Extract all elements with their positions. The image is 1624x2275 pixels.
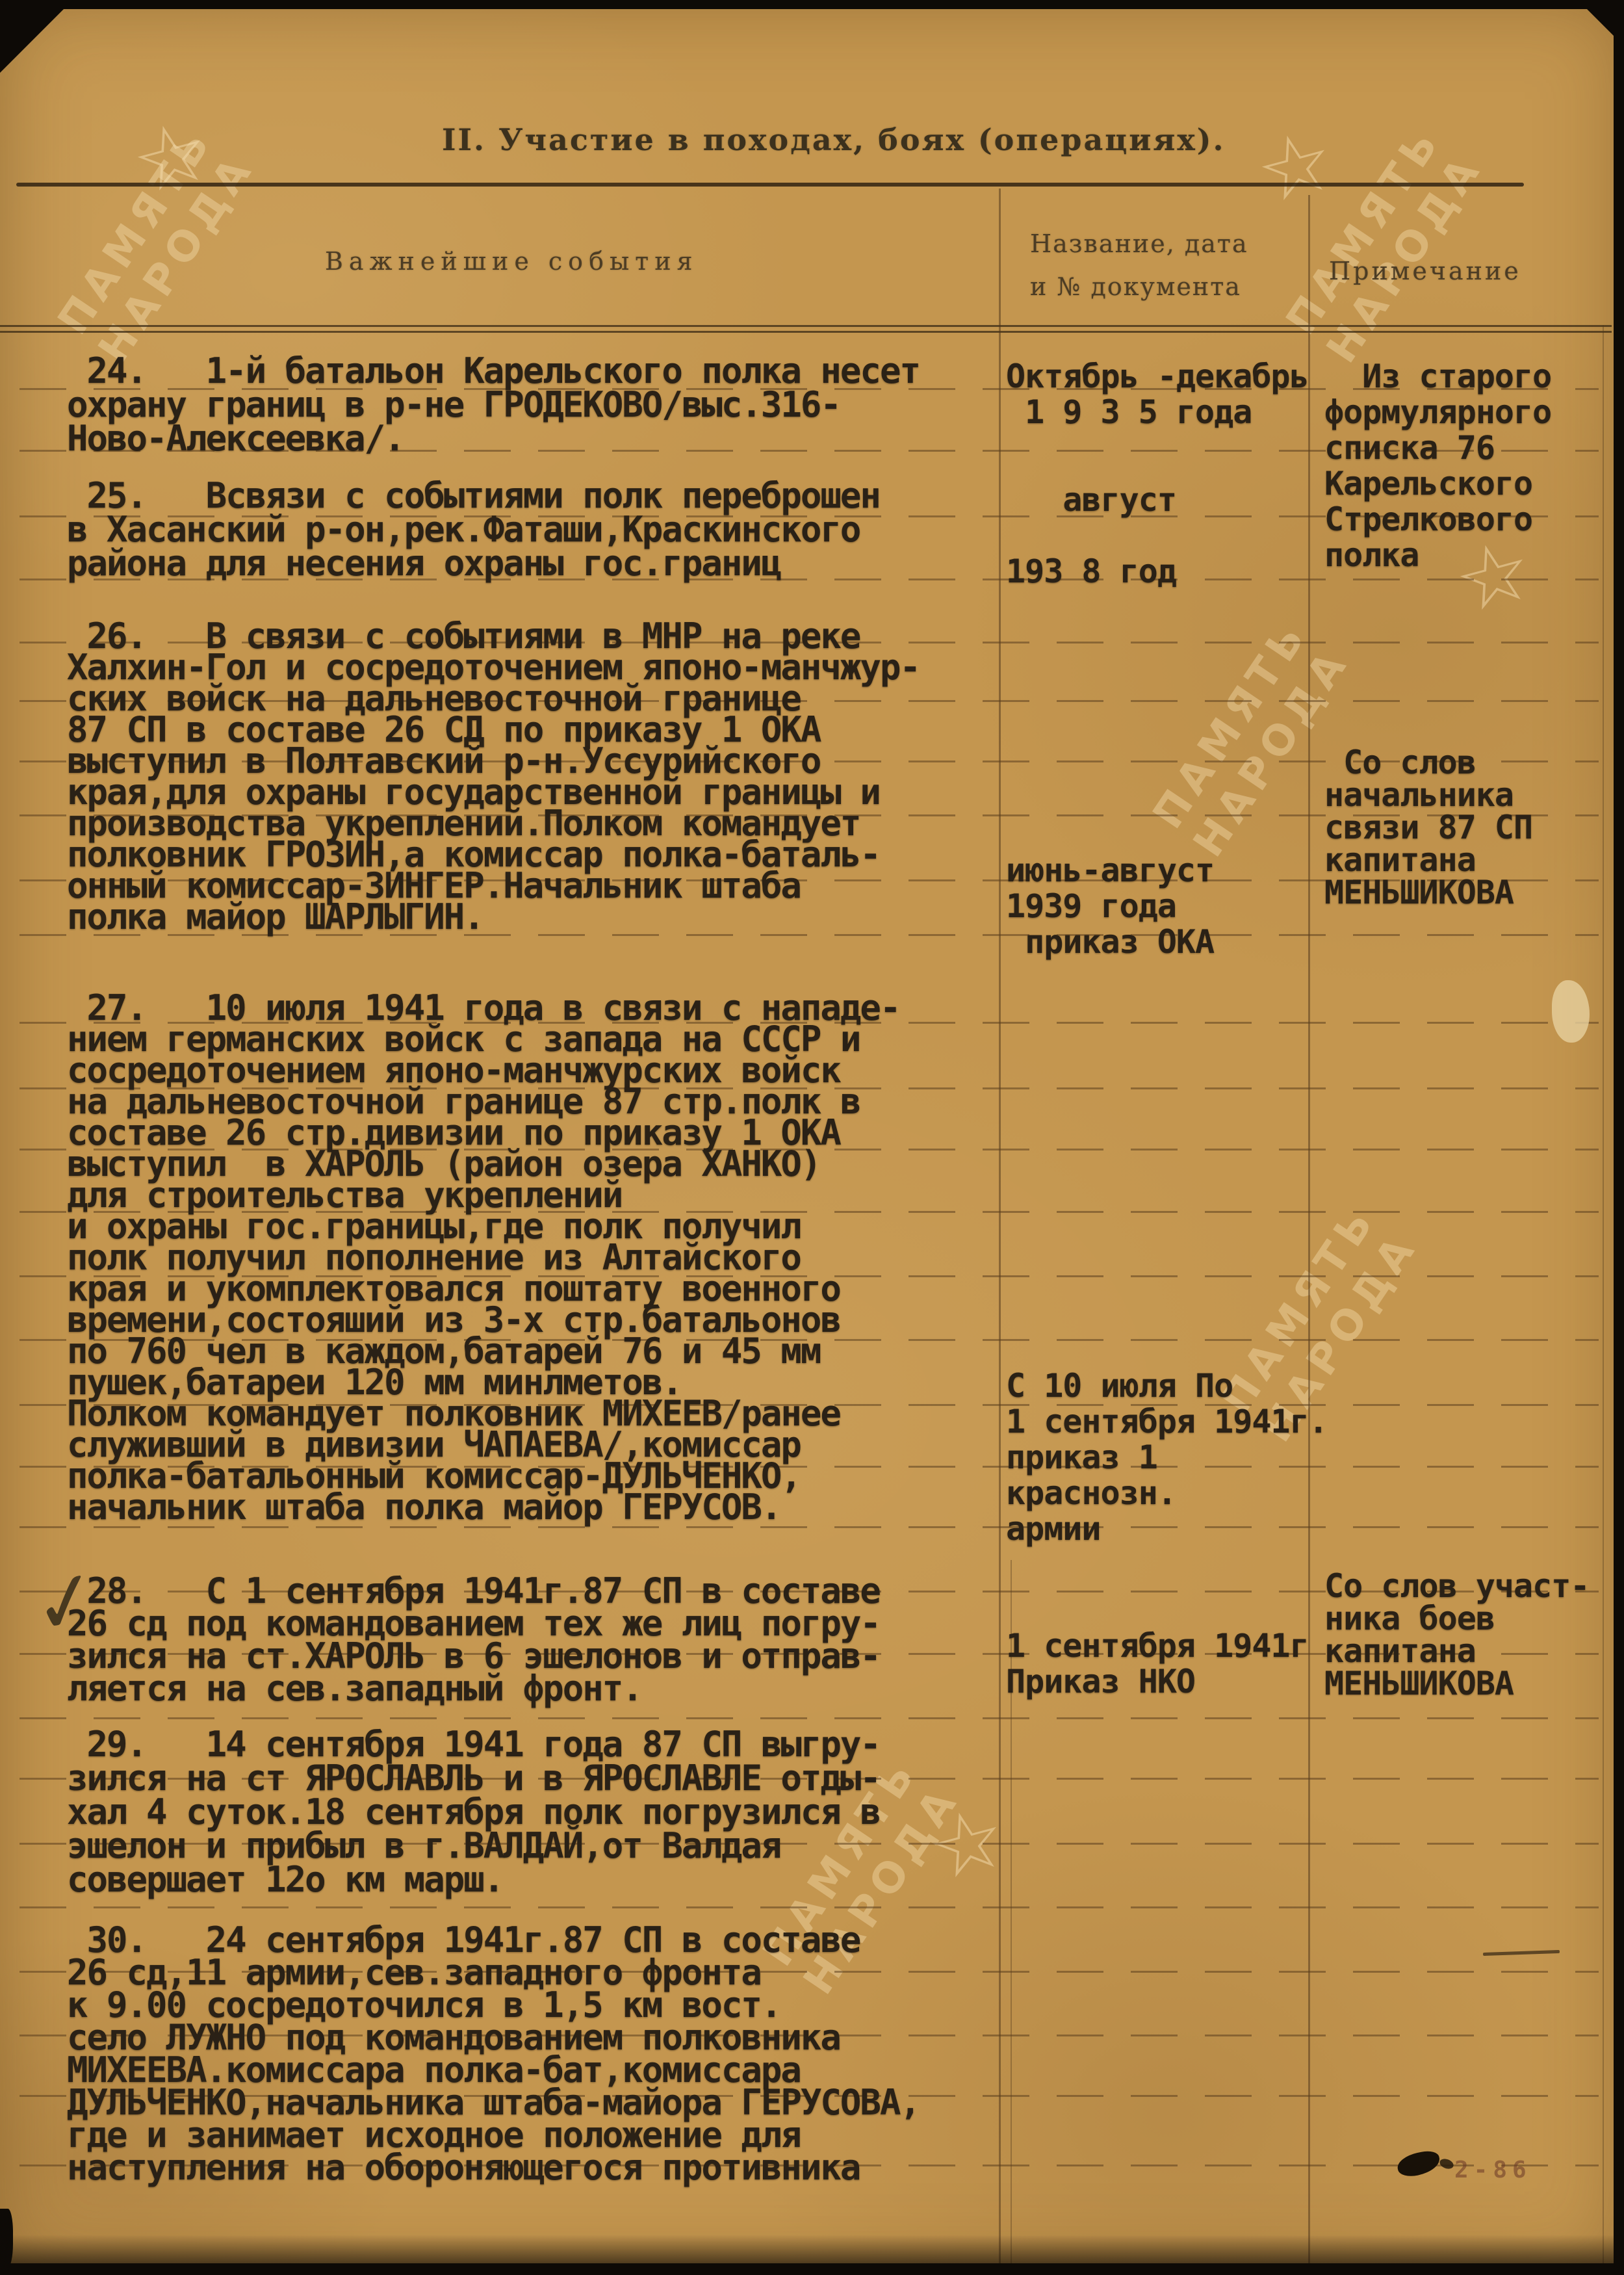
header-divider-line — [0, 325, 1612, 327]
entry-29-events: 29. 14 сентября 1941 года 87 СП выгру- з… — [67, 1728, 996, 1897]
entry-26-document: июнь-август 1939 года приказ ОКА — [1006, 853, 1334, 960]
entry-28-events: 28. С 1 сентября 1941г.87 СП в составе 2… — [67, 1575, 996, 1705]
ruled-line — [19, 1906, 1599, 1908]
scan-edge-bottom — [0, 2263, 1624, 2275]
entry-27-document: С 10 июля По 1 сентября 1941г. приказ 1 … — [1006, 1368, 1334, 1547]
entry-27-events: 27. 10 июля 1941 года в связи с нападе- … — [67, 993, 996, 1523]
entry-24-events: 24. 1-й батальон Карельского полка несет… — [67, 354, 996, 456]
scan-edge-shadow — [0, 2235, 1624, 2263]
entry-28-document: 1 сентября 1941г Приказ НКО — [1006, 1628, 1334, 1700]
entry-25-document: август 193 8 год — [1006, 482, 1334, 590]
entry-24-note: Из старого формулярного списка 76 Карель… — [1324, 359, 1614, 573]
handwritten-checkmark: ✓ — [26, 1548, 107, 1657]
column-header-document: Название, дата и № документа — [1030, 222, 1248, 308]
column-divider — [1603, 325, 1604, 2265]
scan-corner — [0, 0, 73, 73]
paper-tear — [1552, 980, 1590, 1043]
scan-edge-blob — [0, 2209, 13, 2267]
column-header-note: Примечание — [1329, 257, 1521, 285]
ink-mark — [1483, 1950, 1560, 1956]
scan-corner — [1578, 0, 1614, 36]
entry-26-events: 26. В связи с событиями в МНР на реке Ха… — [67, 621, 996, 933]
header-divider-line — [0, 331, 1612, 333]
ink-blot — [1438, 2157, 1454, 2171]
ink-blot — [1395, 2149, 1442, 2179]
entry-28-note: Со слов участ- ника боев капитана МЕНЬШИ… — [1324, 1570, 1614, 1700]
star-watermark-icon: ☆ — [1246, 109, 1345, 224]
ruled-line — [19, 1717, 1599, 1719]
scan-edge-right — [1614, 0, 1624, 2275]
archive-watermark: ПАМЯТЬ НАРОДА — [48, 117, 264, 372]
horizontal-rule-thick — [16, 183, 1524, 187]
entry-30-events: 30. 24 сентября 1941г.87 СП в составе 26… — [67, 1924, 996, 2184]
scan-edge-top — [0, 0, 1624, 9]
page-title: II. Участие в походах, боях (операциях). — [442, 122, 1226, 157]
entry-25-events: 25. Всвязи с событиями полк переброшен в… — [67, 479, 996, 580]
entry-24-document: Октябрь -декабрь 1 9 3 5 года — [1006, 359, 1334, 430]
entry-26-note: Со слов начальника связи 87 СП капитана … — [1324, 746, 1614, 909]
column-header-events: Важнейшие события — [325, 247, 699, 276]
scanned-document-page: ☆ ☆ ☆ ☆ ПАМЯТЬ НАРОДА ПАМЯТЬ НАРОДА ПАМЯ… — [0, 0, 1624, 2275]
column-divider — [999, 188, 1001, 2265]
faded-stamp: 2-86 — [1454, 2157, 1532, 2183]
